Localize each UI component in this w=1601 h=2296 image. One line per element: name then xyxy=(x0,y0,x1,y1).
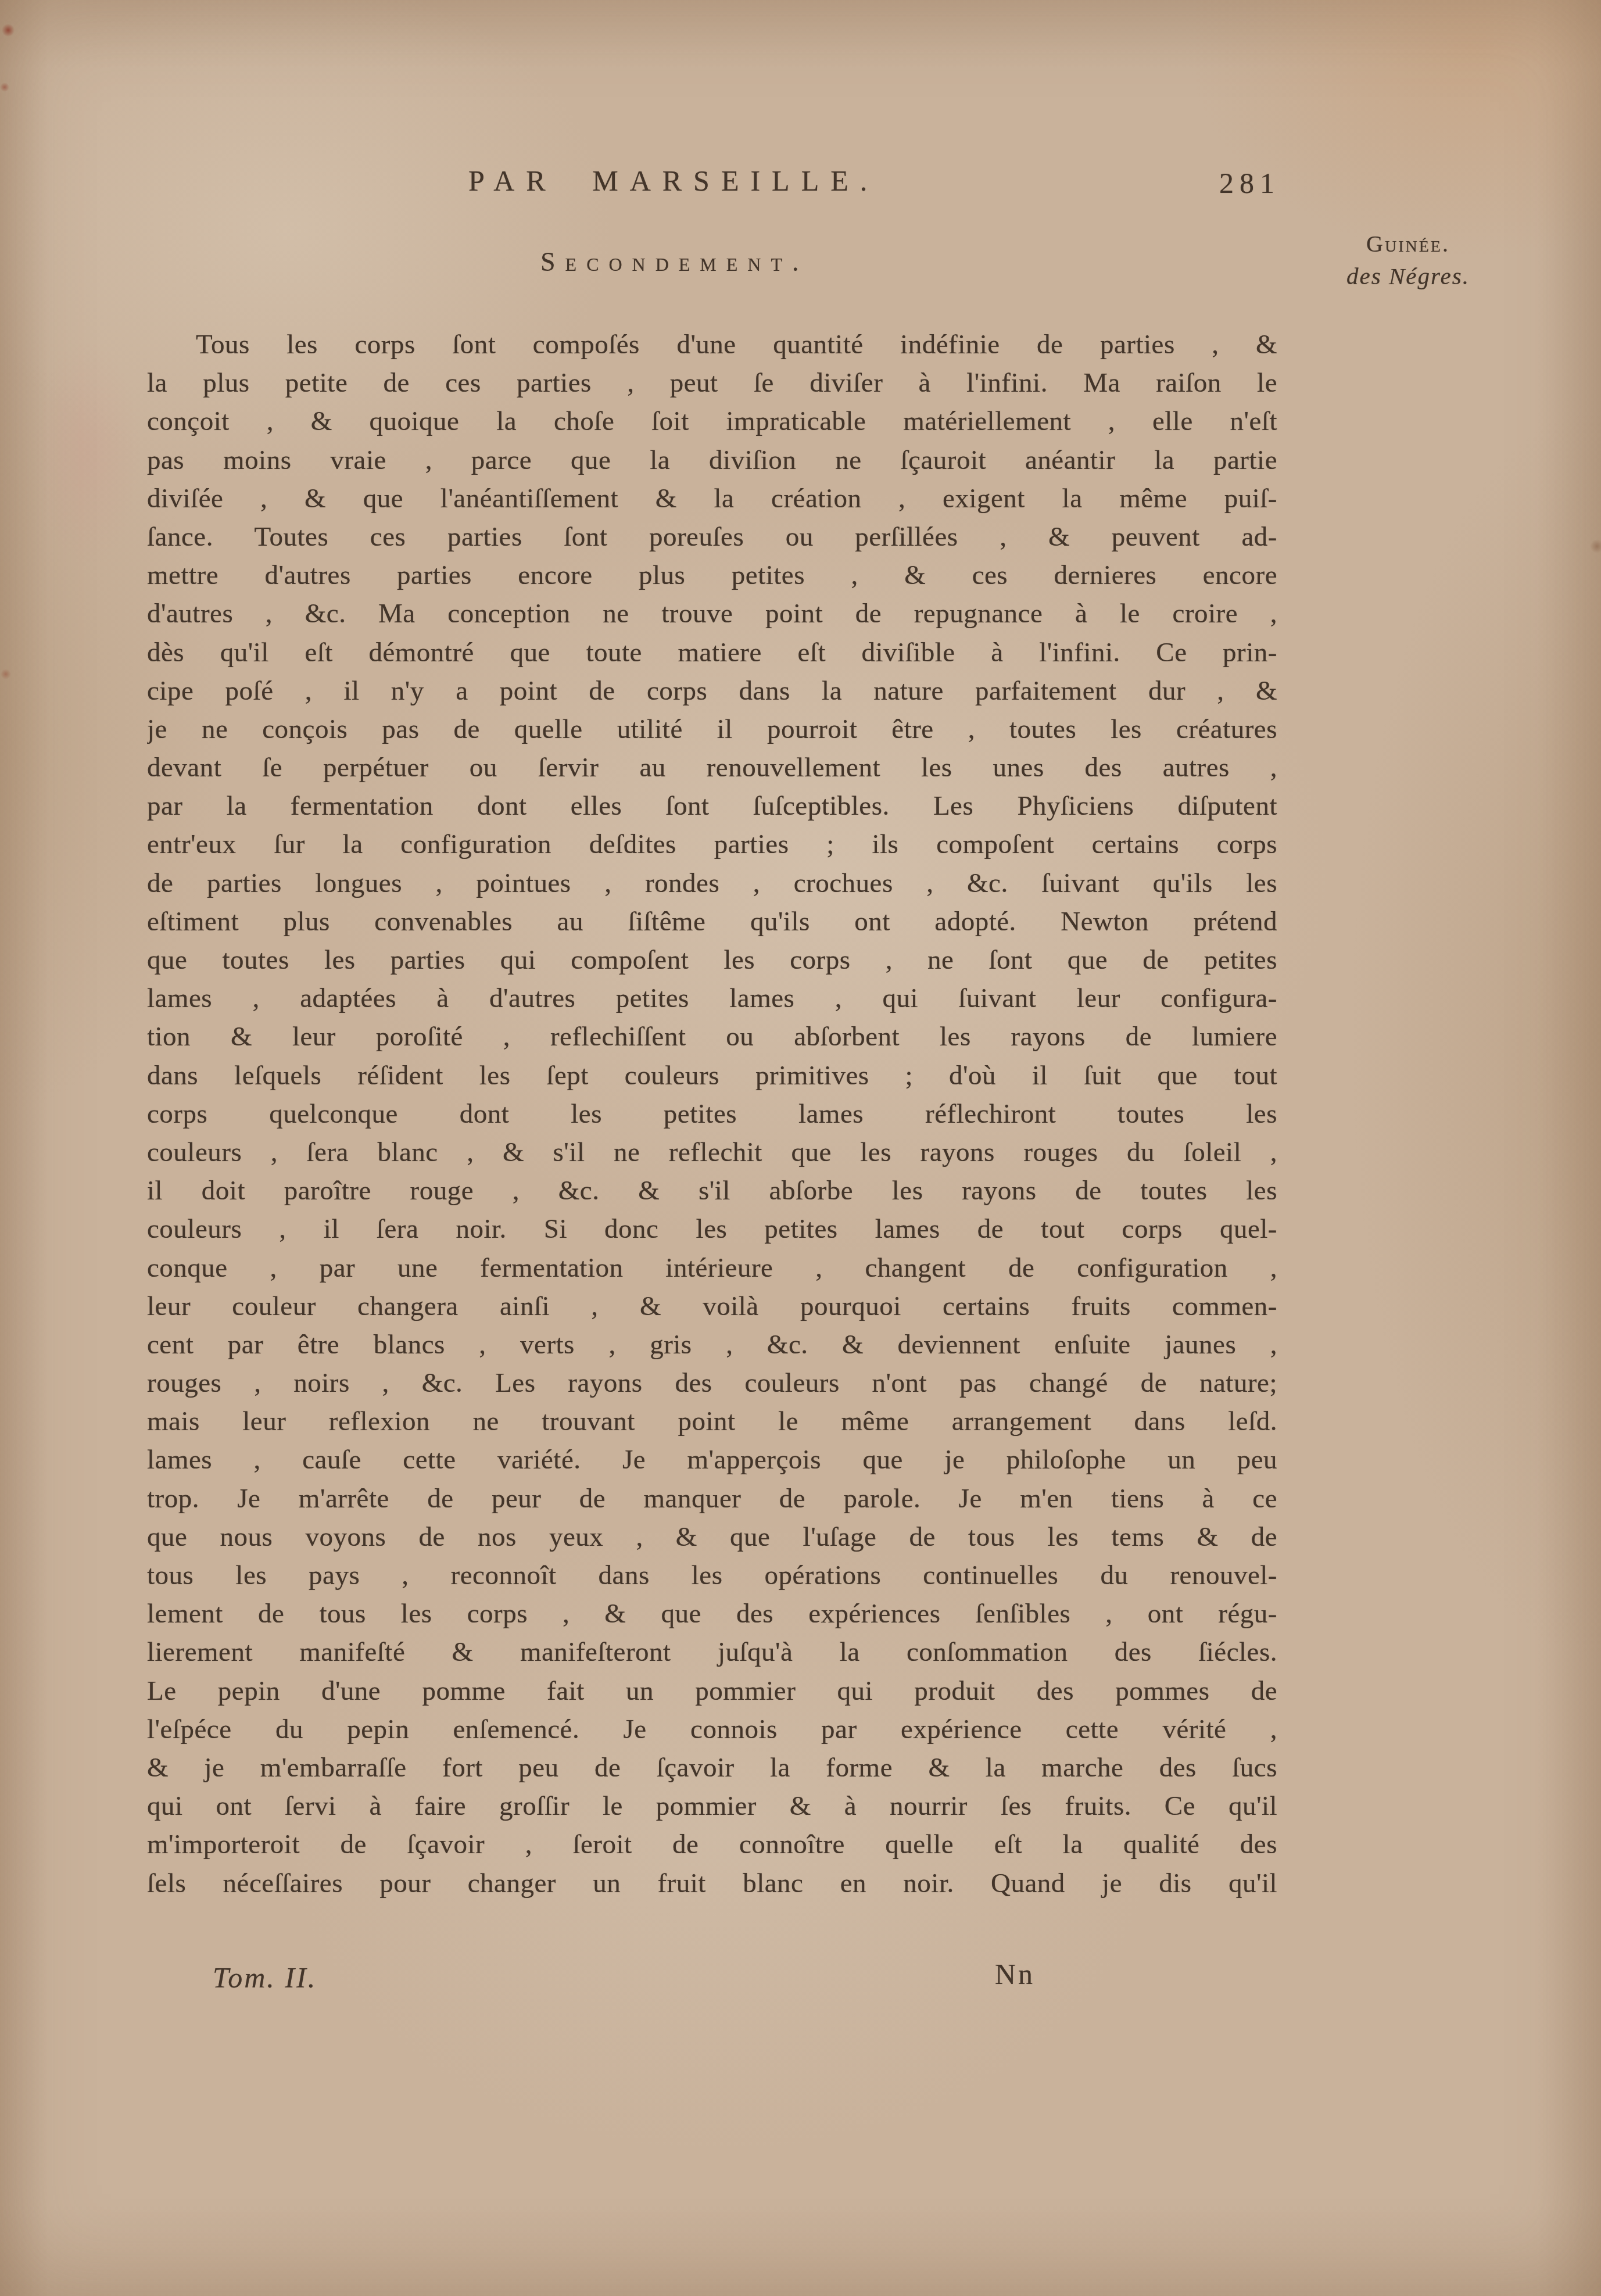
text-line: ſels néceſſaires pour changer un fruit b… xyxy=(147,1864,1277,1903)
signature-mark: Nn xyxy=(995,1957,1035,1991)
margin-note-region: Guinée. xyxy=(1283,230,1533,257)
margin-note-subject: des Négres. xyxy=(1283,262,1533,290)
text-line: par la fermentation dont elles ſont ſuſc… xyxy=(147,787,1277,825)
margin-note: Guinée. des Négres. xyxy=(1283,230,1533,290)
text-line: lames , cauſe cette variété. Je m'apperç… xyxy=(147,1441,1277,1479)
text-line: conçoit , & quoique la choſe ſoit imprat… xyxy=(147,402,1277,440)
text-line: rouges , noirs , &c. Les rayons des coul… xyxy=(147,1364,1277,1402)
text-line: pas moins vraie , parce que la diviſion … xyxy=(147,441,1277,479)
text-line: Le pepin d'une pomme fait un pommier qui… xyxy=(147,1672,1277,1710)
text-line: & je m'embarraſſe fort peu de ſçavoir la… xyxy=(147,1749,1277,1787)
text-line: que nous voyons de nos yeux , & que l'uſ… xyxy=(147,1518,1277,1556)
text-line: lames , adaptées à d'autres petites lame… xyxy=(147,979,1277,1018)
text-line: cipe poſé , il n'y a point de corps dans… xyxy=(147,672,1277,710)
text-line: couleurs , il ſera noir. Si donc les pet… xyxy=(147,1210,1277,1248)
text-line: leur couleur changera ainſi , & voilà po… xyxy=(147,1287,1277,1326)
text-line: tion & leur poroſité , reflechiſſent ou … xyxy=(147,1018,1277,1056)
text-line: mais leur reflexion ne trouvant point le… xyxy=(147,1402,1277,1441)
text-line: cent par être blancs , verts , gris , &c… xyxy=(147,1326,1277,1364)
text-line: m'importeroit de ſçavoir , ſeroit de con… xyxy=(147,1825,1277,1864)
text-line: de parties longues , pointues , rondes ,… xyxy=(147,864,1277,902)
text-line: qui ont ſervi à faire groſſir le pommier… xyxy=(147,1787,1277,1825)
text-line: dès qu'il eſt démontré que toute matiere… xyxy=(147,633,1277,672)
text-line: il doit paroître rouge , &c. & s'il abſo… xyxy=(147,1172,1277,1210)
volume-label: Tom. II. xyxy=(213,1961,317,1994)
text-line: corps quelconque dont les petites lames … xyxy=(147,1095,1277,1133)
text-line: la plus petite de ces parties , peut ſe … xyxy=(147,364,1277,402)
text-line: ſance. Toutes ces parties ſont poreuſes … xyxy=(147,518,1277,556)
text-line: diviſée , & que l'anéantiſſement & la cr… xyxy=(147,479,1277,518)
text-line: entr'eux ſur la configuration deſdites p… xyxy=(147,825,1277,864)
text-line: trop. Je m'arrête de peur de manquer de … xyxy=(147,1480,1277,1518)
page-number: 281 xyxy=(1219,166,1280,200)
text-line: lement de tous les corps , & que des exp… xyxy=(147,1595,1277,1633)
text-line: eſtiment plus convenables au ſiſtême qu'… xyxy=(147,902,1277,941)
text-line: je ne conçois pas de quelle utilité il p… xyxy=(147,710,1277,748)
text-line: dans leſquels réſident les ſept couleurs… xyxy=(147,1056,1277,1095)
text-line: couleurs , ſera blanc , & s'il ne reflec… xyxy=(147,1133,1277,1172)
running-title: PAR MARSEILLE. xyxy=(468,164,879,198)
book-page: PAR MARSEILLE. 281 Secondement. Guinée. … xyxy=(0,0,1601,2296)
text-line: d'autres , &c. Ma conception ne trouve p… xyxy=(147,594,1277,633)
text-line: devant ſe perpétuer ou ſervir au renouve… xyxy=(147,748,1277,787)
text-line: que toutes les parties qui compoſent les… xyxy=(147,941,1277,979)
text-line: Tous les corps ſont compoſés d'une quant… xyxy=(147,325,1277,364)
text-line: l'eſpéce du pepin enſemencé. Je connois … xyxy=(147,1710,1277,1749)
text-line: conque , par une fermentation intérieure… xyxy=(147,1249,1277,1287)
section-heading: Secondement. xyxy=(540,246,809,277)
text-line: lierement manifeſté & manifeſteront juſq… xyxy=(147,1633,1277,1671)
text-line: mettre d'autres parties encore plus peti… xyxy=(147,556,1277,594)
text-line: tous les pays , reconnoît dans les opéra… xyxy=(147,1556,1277,1595)
body-text: Tous les corps ſont compoſés d'une quant… xyxy=(147,325,1277,1903)
